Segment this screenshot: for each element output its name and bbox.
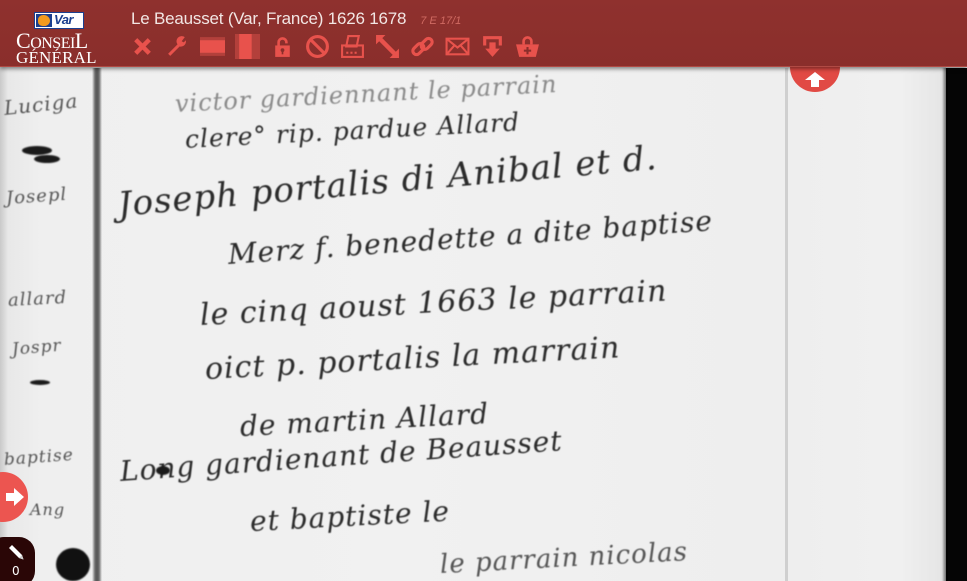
lock-button[interactable] (270, 33, 295, 60)
add-to-basket-button[interactable] (515, 33, 540, 60)
margin-rule-line (92, 68, 102, 581)
ink-blot (30, 380, 50, 385)
margin-note: baptise (3, 445, 74, 470)
var-badge-text: Var (54, 12, 73, 27)
basket-add-icon (515, 34, 540, 59)
close-button[interactable] (130, 33, 155, 60)
manuscript-line: oict p. portalis la marrain (204, 330, 621, 387)
manuscript-line: et baptiste le (249, 495, 451, 538)
ink-blot (156, 466, 170, 475)
margin-note: Jospr (11, 336, 62, 360)
forbidden-icon (305, 34, 330, 59)
conseil-general-var-logo[interactable]: Var CONSEIL Général (14, 9, 102, 67)
document-title: Le Beausset (Var, France) 1626 1678 (131, 9, 406, 29)
wrench-icon (165, 34, 190, 59)
fit-height-icon (235, 34, 260, 59)
logo-line-general: Général (16, 49, 97, 67)
arrow-up-icon (804, 70, 826, 88)
manuscript-line: Merz f. benedette a dite baptise (227, 204, 714, 271)
toolbar (130, 33, 540, 60)
close-icon (130, 34, 155, 59)
margin-note: Josepl (5, 184, 68, 209)
margin-note: Luciga (3, 88, 80, 120)
pencil-icon (7, 543, 25, 561)
document-cote: 7 E 17/1 (420, 15, 461, 27)
manuscript-line: le cinq aoust 1663 le parrain (199, 274, 668, 333)
download-button[interactable] (480, 33, 505, 60)
ink-blot (34, 155, 60, 163)
faint-rule-line (785, 68, 788, 581)
print-icon (340, 34, 365, 59)
lock-icon (270, 34, 295, 59)
fullscreen-button[interactable] (375, 33, 400, 60)
download-icon (480, 34, 505, 59)
page-edge-shadow (946, 68, 967, 581)
fit-height-button[interactable] (235, 33, 260, 60)
ink-blot (56, 548, 90, 581)
var-badge: Var (34, 12, 84, 29)
manuscript-line: le parrain nicolas (439, 537, 688, 580)
title-row: Le Beausset (Var, France) 1626 1678 7 E … (131, 9, 461, 29)
envelope-icon (445, 34, 470, 59)
email-button[interactable] (445, 33, 470, 60)
fit-width-icon (200, 34, 225, 59)
link-button[interactable] (410, 33, 435, 60)
ink-blot (22, 146, 52, 155)
settings-button[interactable] (165, 33, 190, 60)
resize-diagonal-icon (375, 34, 400, 59)
margin-note: allard (7, 287, 67, 311)
arrow-right-icon (5, 487, 25, 507)
viewer-header: Var CONSEIL Général Le Beausset (Var, Fr… (0, 0, 967, 67)
fit-width-button[interactable] (200, 33, 225, 60)
margin-note: Ang (30, 500, 65, 519)
annotation-count: 0 (12, 564, 20, 578)
annotations-button[interactable]: 0 (0, 537, 35, 581)
print-button[interactable] (340, 33, 365, 60)
hide-button[interactable] (305, 33, 330, 60)
var-map-icon (36, 14, 52, 27)
link-icon (410, 34, 435, 59)
